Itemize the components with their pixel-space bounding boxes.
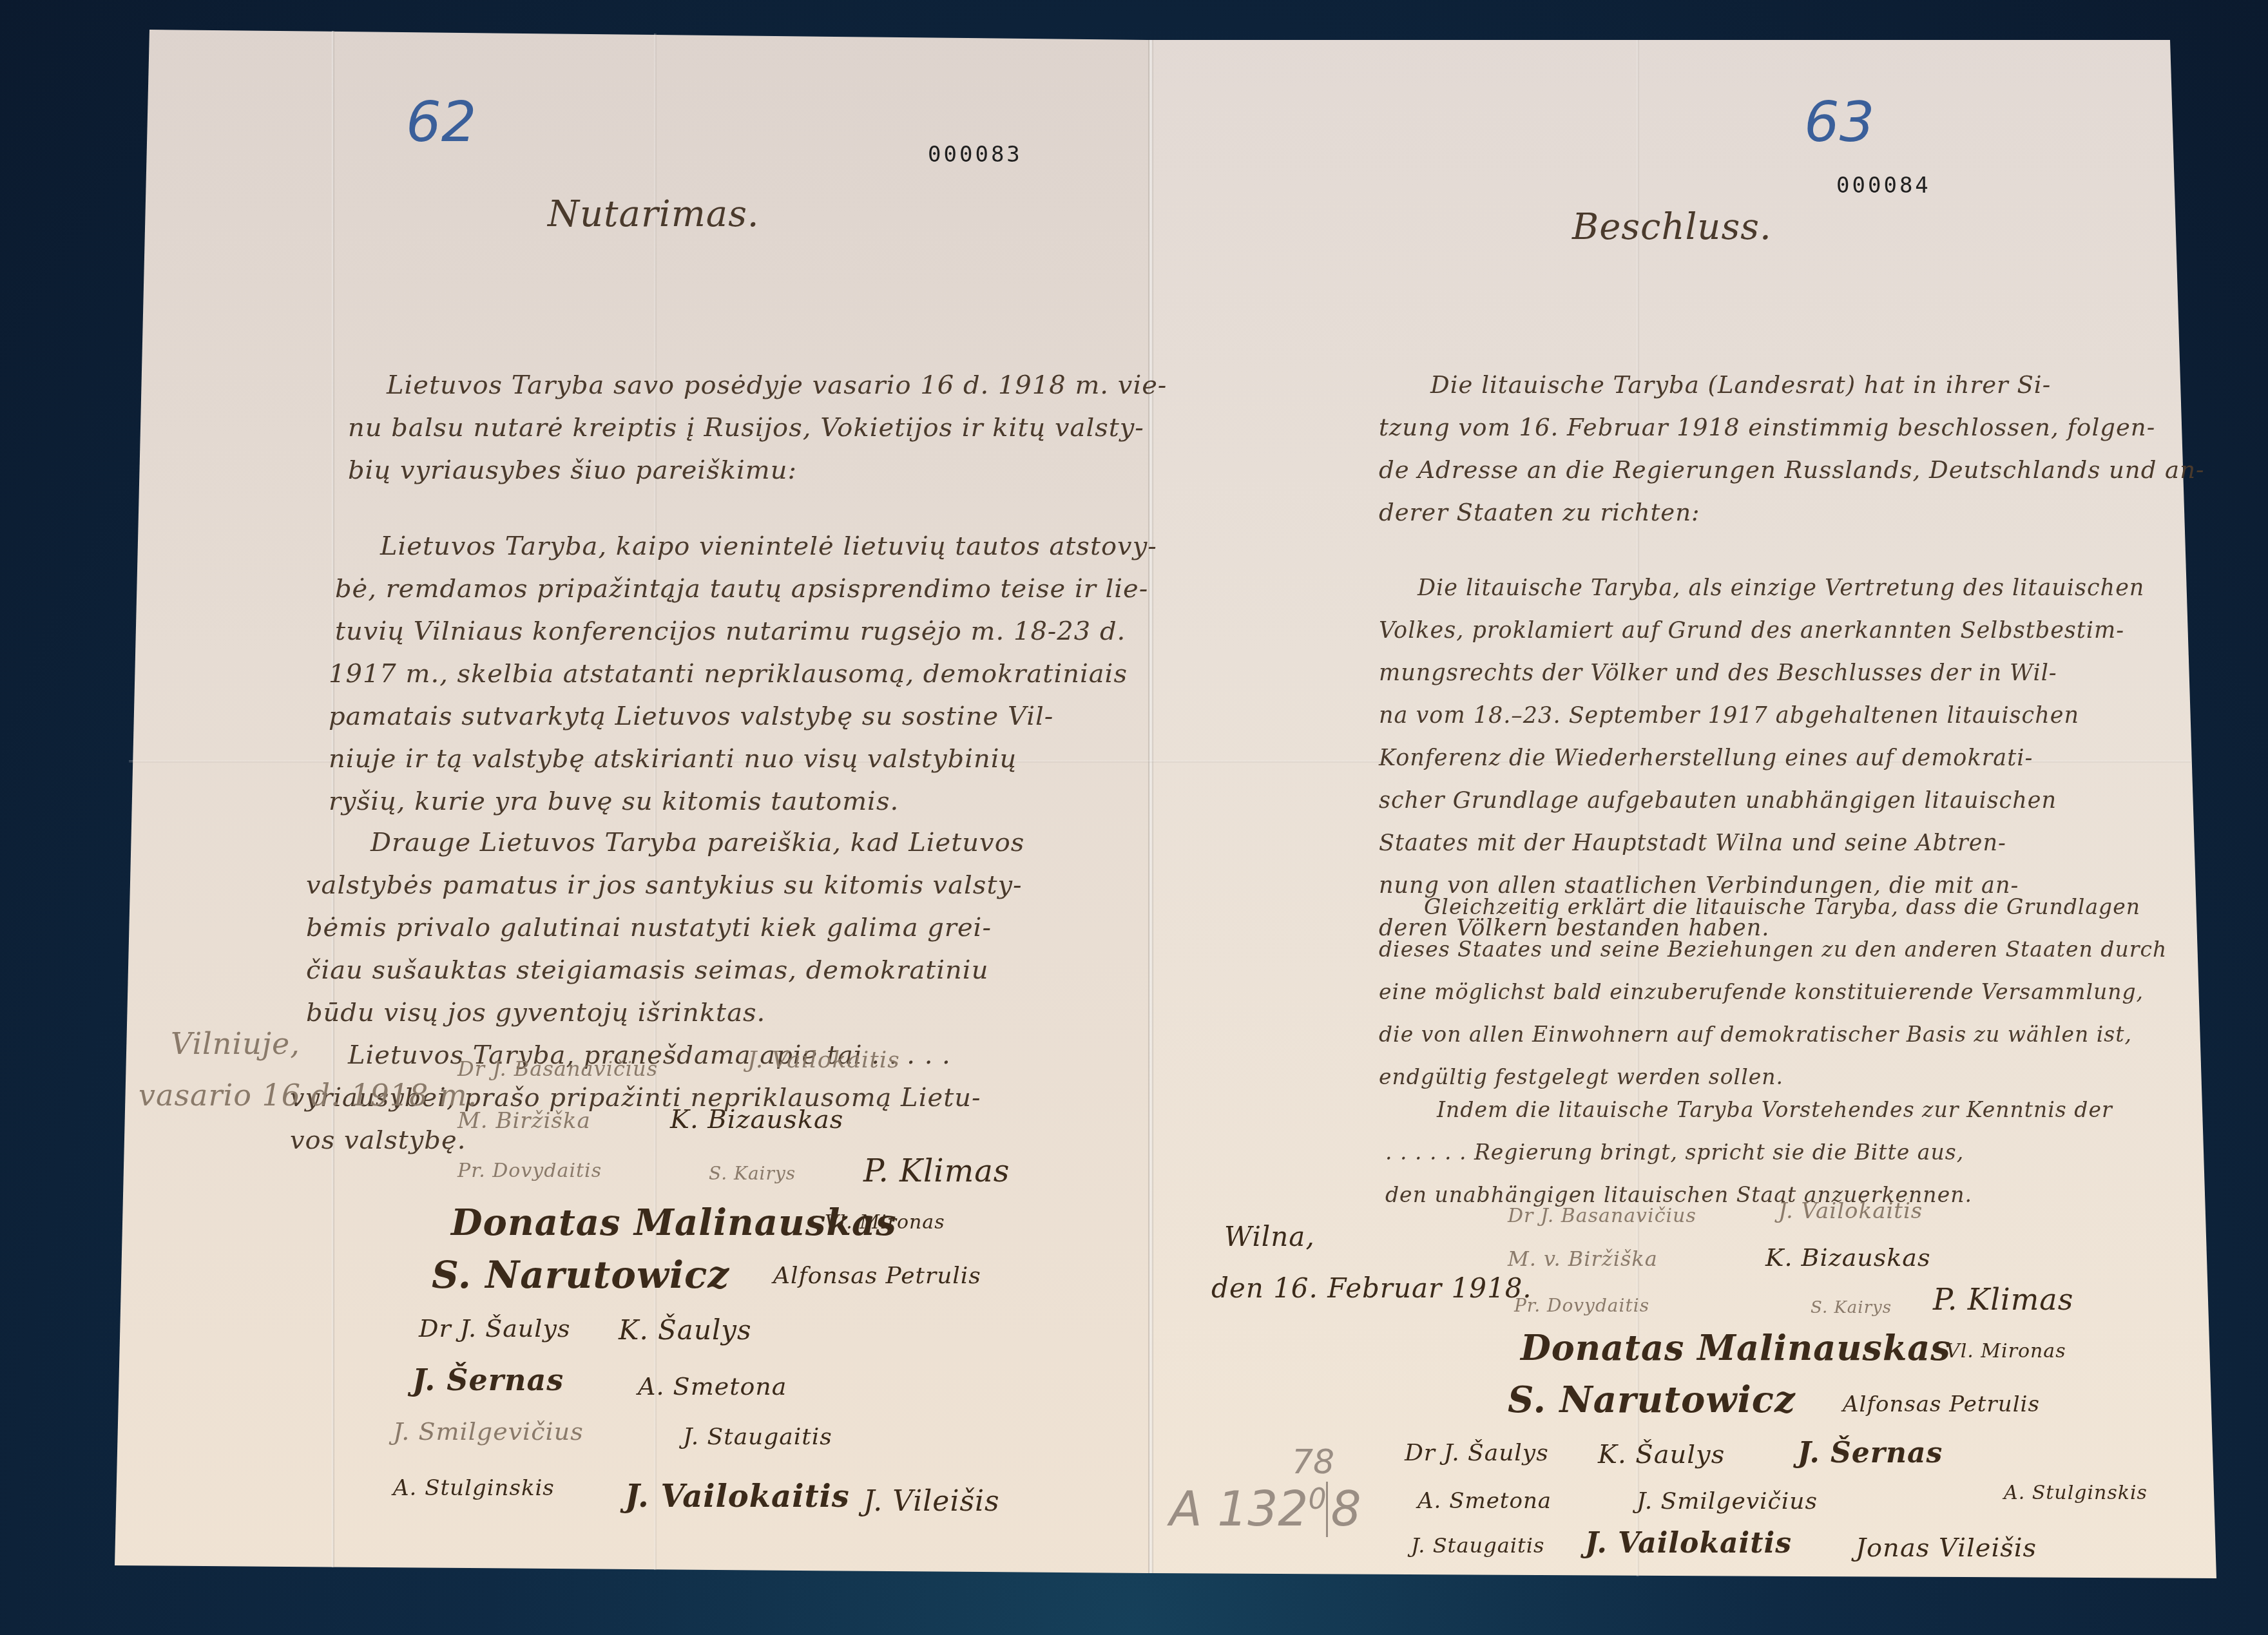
signature: J. Vailokaitis bbox=[625, 1478, 850, 1515]
stamp-number-right: 000084 bbox=[1836, 173, 1931, 198]
signature: K. Šaulys bbox=[1598, 1440, 1725, 1469]
signature: S. Kairys bbox=[1811, 1298, 1892, 1317]
signature: J. Smilgevičius bbox=[393, 1417, 584, 1446]
signature: Pr. Dovydaitis bbox=[457, 1160, 602, 1182]
catalog-mark: A 13208 bbox=[1169, 1482, 1361, 1537]
signature: S. Narutowicz bbox=[432, 1253, 729, 1297]
signature: Pr. Dovydaitis bbox=[1514, 1295, 1649, 1316]
left-paragraph-2: Lietuvos Taryba, kaipo vienintelė lietuv… bbox=[380, 525, 1157, 823]
signature: M. Biržiška bbox=[457, 1108, 591, 1134]
signature: J. Vailokaitis bbox=[1778, 1198, 1923, 1224]
signature: Jonas Vileišis bbox=[1856, 1533, 2037, 1563]
catalog-fraction: 8 bbox=[1326, 1482, 1361, 1537]
signature: J. Staugaitis bbox=[683, 1424, 832, 1450]
catalog-superscript: 0 bbox=[1308, 1483, 1326, 1516]
signature: Dr J. Basanavičius bbox=[1508, 1205, 1696, 1227]
right-paragraph-3: Gleichzeitig erklärt die litauische Tary… bbox=[1424, 886, 2167, 1098]
signature: S. Narutowicz bbox=[1508, 1379, 1796, 1421]
signature: J. Šernas bbox=[1798, 1437, 1943, 1469]
signature: Dr J. Šaulys bbox=[1405, 1440, 1549, 1466]
signature: J. Vailokaitis bbox=[1585, 1527, 1792, 1560]
signature: A. Smetona bbox=[1417, 1488, 1552, 1514]
right-title: Beschluss. bbox=[1572, 206, 1772, 248]
catalog-extra: 78 bbox=[1292, 1443, 1334, 1482]
signature: J. Šernas bbox=[412, 1362, 564, 1397]
archive-number-right: 63 bbox=[1804, 90, 1874, 155]
right-paragraph-1: Die litauische Taryba (Landesrat) hat in… bbox=[1430, 364, 2205, 534]
signature: Vl. Mironas bbox=[1946, 1340, 2066, 1362]
left-place-date: Vilniuje, vasario 16 d. 1918 m. bbox=[139, 1018, 477, 1121]
signature: A. Stulginskis bbox=[2004, 1482, 2148, 1504]
left-paragraph-3: Drauge Lietuvos Taryba pareiškia, kad Li… bbox=[370, 821, 1024, 1034]
signature: Dr J. Šaulys bbox=[419, 1314, 570, 1343]
right-paragraph-4: Indem die litauische Taryba Vorstehendes… bbox=[1437, 1089, 2113, 1216]
signature: J. Vailokaitis bbox=[747, 1047, 900, 1073]
document-photo: 62 000083 Nutarimas. Lietuvos Taryba sav… bbox=[0, 0, 2268, 1635]
right-place-date: Wilna, den 16. Februar 1918. bbox=[1211, 1211, 1532, 1314]
signature: P. Klimas bbox=[863, 1153, 1010, 1189]
signature: Alfonsas Petrulis bbox=[773, 1263, 981, 1289]
signature: Alfonsas Petrulis bbox=[1843, 1391, 2040, 1417]
left-paragraph-1: Lietuvos Taryba savo posėdyje vasario 16… bbox=[387, 364, 1167, 492]
signature: P. Klimas bbox=[1933, 1282, 2073, 1317]
signature: Dr J. Basanavičius bbox=[457, 1057, 658, 1081]
left-title: Nutarimas. bbox=[548, 193, 760, 235]
signature: K. Šaulys bbox=[619, 1314, 752, 1346]
signature: J. Vileišis bbox=[863, 1485, 1000, 1518]
signature: J. Smilgevičius bbox=[1637, 1488, 1818, 1515]
archive-number-left: 62 bbox=[406, 90, 476, 155]
catalog-main: A 132 bbox=[1169, 1482, 1308, 1537]
signature: K. Bizauskas bbox=[1765, 1243, 1930, 1272]
signature: A. Stulginskis bbox=[393, 1475, 555, 1501]
signature: K. Bizauskas bbox=[670, 1105, 843, 1134]
signature: M. v. Biržiška bbox=[1508, 1247, 1658, 1271]
signature: J. Staugaitis bbox=[1411, 1533, 1544, 1558]
signature: Vl. Mironas bbox=[825, 1211, 945, 1234]
stamp-number-left: 000083 bbox=[928, 142, 1023, 167]
signature: A. Smetona bbox=[638, 1372, 787, 1401]
signature: S. Kairys bbox=[709, 1163, 796, 1184]
signature: Donatas Malinauskas bbox=[1521, 1327, 1951, 1368]
